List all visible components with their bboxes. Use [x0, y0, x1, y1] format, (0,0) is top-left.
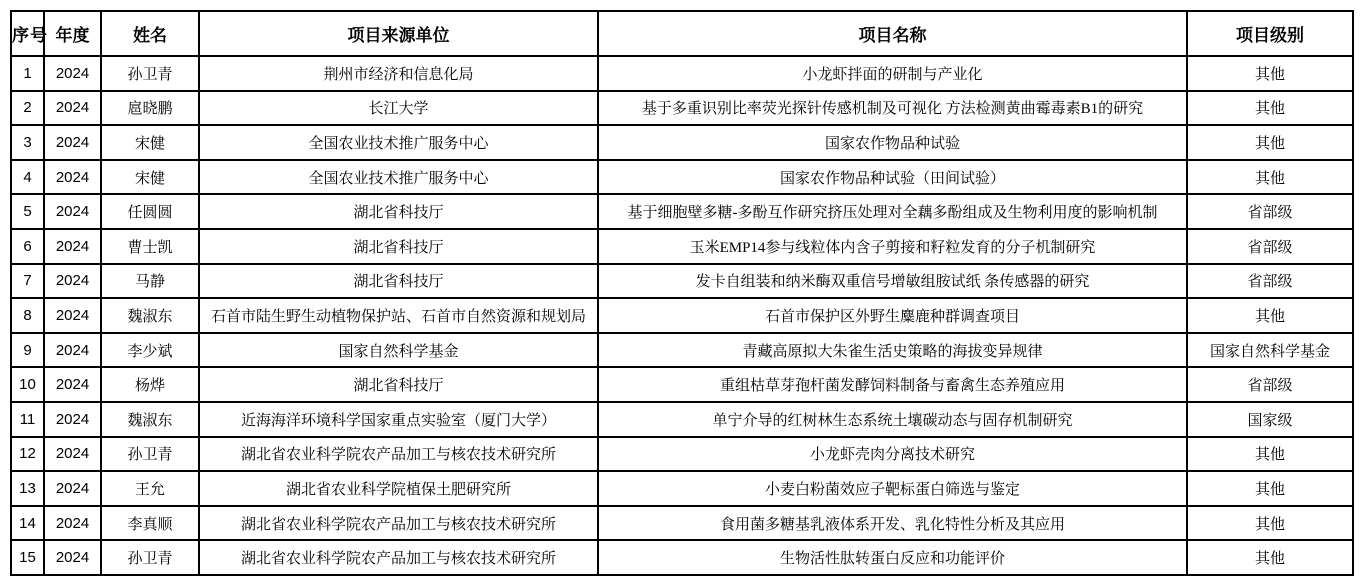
table-row: 52024任圆圆湖北省科技厅基于细胞壁多糖-多酚互作研究挤压处理对全藕多酚组成及…	[11, 194, 1353, 229]
year-cell: 2024	[44, 298, 101, 333]
name-cell: 孙卫青	[101, 540, 199, 575]
table-row: 92024李少斌国家自然科学基金青藏高原拟大朱雀生活史策略的海拔变异规律国家自然…	[11, 333, 1353, 368]
table-row: 112024魏淑东近海海洋环境科学国家重点实验室（厦门大学）单宁介导的红树林生态…	[11, 402, 1353, 437]
year-cell: 2024	[44, 437, 101, 472]
source-unit-cell: 湖北省农业科学院植保土肥研究所	[199, 471, 598, 506]
name-cell: 孙卫青	[101, 437, 199, 472]
source-unit-cell: 国家自然科学基金	[199, 333, 598, 368]
year-cell: 2024	[44, 229, 101, 264]
name-cell: 扈晓鹏	[101, 91, 199, 126]
table-row: 72024马静湖北省科技厅发卡自组装和纳米酶双重信号增敏组胺试纸 条传感器的研究…	[11, 264, 1353, 299]
name-cell: 孙卫青	[101, 56, 199, 91]
table-row: 12024孙卫青荆州市经济和信息化局小龙虾拌面的研制与产业化其他	[11, 56, 1353, 91]
project-name-cell: 重组枯草芽孢杆菌发酵饲料制备与畜禽生态养殖应用	[598, 367, 1187, 402]
source-unit-cell: 湖北省农业科学院农产品加工与核农技术研究所	[199, 437, 598, 472]
column-header-source-unit: 项目来源单位	[199, 11, 598, 56]
source-unit-cell: 湖北省科技厅	[199, 264, 598, 299]
project-name-cell: 国家农作物品种试验（田间试验）	[598, 160, 1187, 195]
project-level-cell: 国家自然科学基金	[1187, 333, 1353, 368]
table-row: 152024孙卫青湖北省农业科学院农产品加工与核农技术研究所生物活性肽转蛋白反应…	[11, 540, 1353, 575]
source-unit-cell: 近海海洋环境科学国家重点实验室（厦门大学）	[199, 402, 598, 437]
name-cell: 宋健	[101, 125, 199, 160]
source-unit-cell: 全国农业技术推广服务中心	[199, 125, 598, 160]
project-level-cell: 省部级	[1187, 264, 1353, 299]
source-unit-cell: 石首市陆生野生动植物保护站、石首市自然资源和规划局	[199, 298, 598, 333]
project-level-cell: 其他	[1187, 437, 1353, 472]
year-cell: 2024	[44, 91, 101, 126]
project-level-cell: 其他	[1187, 56, 1353, 91]
source-unit-cell: 湖北省科技厅	[199, 194, 598, 229]
index-cell: 5	[11, 194, 44, 229]
project-name-cell: 食用菌多糖基乳液体系开发、乳化特性分析及其应用	[598, 506, 1187, 541]
name-cell: 任圆圆	[101, 194, 199, 229]
table-row: 32024宋健全国农业技术推广服务中心国家农作物品种试验其他	[11, 125, 1353, 160]
table-body: 12024孙卫青荆州市经济和信息化局小龙虾拌面的研制与产业化其他22024扈晓鹏…	[11, 56, 1353, 575]
table-row: 42024宋健全国农业技术推广服务中心国家农作物品种试验（田间试验）其他	[11, 160, 1353, 195]
index-cell: 12	[11, 437, 44, 472]
project-name-cell: 玉米EMP14参与线粒体内含子剪接和籽粒发育的分子机制研究	[598, 229, 1187, 264]
name-cell: 宋健	[101, 160, 199, 195]
year-cell: 2024	[44, 540, 101, 575]
project-level-cell: 国家级	[1187, 402, 1353, 437]
name-cell: 魏淑东	[101, 298, 199, 333]
project-level-cell: 其他	[1187, 506, 1353, 541]
project-level-cell: 其他	[1187, 471, 1353, 506]
project-name-cell: 小龙虾壳肉分离技术研究	[598, 437, 1187, 472]
year-cell: 2024	[44, 367, 101, 402]
column-header-name: 姓名	[101, 11, 199, 56]
project-level-cell: 省部级	[1187, 194, 1353, 229]
name-cell: 马静	[101, 264, 199, 299]
name-cell: 李真顺	[101, 506, 199, 541]
project-name-cell: 基于多重识别比率荧光探针传感机制及可视化 方法检测黄曲霉毒素B1的研究	[598, 91, 1187, 126]
table-header-row: 序号 年度 姓名 项目来源单位 项目名称 项目级别	[11, 11, 1353, 56]
column-header-year: 年度	[44, 11, 101, 56]
year-cell: 2024	[44, 194, 101, 229]
index-cell: 6	[11, 229, 44, 264]
year-cell: 2024	[44, 264, 101, 299]
source-unit-cell: 长江大学	[199, 91, 598, 126]
table-row: 82024魏淑东石首市陆生野生动植物保护站、石首市自然资源和规划局石首市保护区外…	[11, 298, 1353, 333]
project-name-cell: 基于细胞壁多糖-多酚互作研究挤压处理对全藕多酚组成及生物利用度的影响机制	[598, 194, 1187, 229]
year-cell: 2024	[44, 402, 101, 437]
name-cell: 杨烨	[101, 367, 199, 402]
index-cell: 2	[11, 91, 44, 126]
source-unit-cell: 全国农业技术推广服务中心	[199, 160, 598, 195]
table-row: 102024杨烨湖北省科技厅重组枯草芽孢杆菌发酵饲料制备与畜禽生态养殖应用省部级	[11, 367, 1353, 402]
index-cell: 14	[11, 506, 44, 541]
index-cell: 13	[11, 471, 44, 506]
project-name-cell: 石首市保护区外野生麋鹿种群调查项目	[598, 298, 1187, 333]
name-cell: 王允	[101, 471, 199, 506]
source-unit-cell: 荆州市经济和信息化局	[199, 56, 598, 91]
project-name-cell: 国家农作物品种试验	[598, 125, 1187, 160]
table-row: 132024王允湖北省农业科学院植保土肥研究所小麦白粉菌效应子靶标蛋白筛选与鉴定…	[11, 471, 1353, 506]
index-cell: 4	[11, 160, 44, 195]
name-cell: 魏淑东	[101, 402, 199, 437]
column-header-index: 序号	[11, 11, 44, 56]
project-level-cell: 其他	[1187, 298, 1353, 333]
column-header-project-level: 项目级别	[1187, 11, 1353, 56]
table-row: 62024曹士凯湖北省科技厅玉米EMP14参与线粒体内含子剪接和籽粒发育的分子机…	[11, 229, 1353, 264]
year-cell: 2024	[44, 506, 101, 541]
index-cell: 15	[11, 540, 44, 575]
year-cell: 2024	[44, 471, 101, 506]
project-name-cell: 发卡自组装和纳米酶双重信号增敏组胺试纸 条传感器的研究	[598, 264, 1187, 299]
year-cell: 2024	[44, 333, 101, 368]
index-cell: 10	[11, 367, 44, 402]
table-row: 122024孙卫青湖北省农业科学院农产品加工与核农技术研究所小龙虾壳肉分离技术研…	[11, 437, 1353, 472]
name-cell: 李少斌	[101, 333, 199, 368]
name-cell: 曹士凯	[101, 229, 199, 264]
project-name-cell: 生物活性肽转蛋白反应和功能评价	[598, 540, 1187, 575]
year-cell: 2024	[44, 125, 101, 160]
source-unit-cell: 湖北省农业科学院农产品加工与核农技术研究所	[199, 506, 598, 541]
column-header-project-name: 项目名称	[598, 11, 1187, 56]
projects-table: 序号 年度 姓名 项目来源单位 项目名称 项目级别 12024孙卫青荆州市经济和…	[10, 10, 1354, 576]
project-level-cell: 省部级	[1187, 229, 1353, 264]
index-cell: 3	[11, 125, 44, 160]
index-cell: 8	[11, 298, 44, 333]
table-row: 22024扈晓鹏长江大学基于多重识别比率荧光探针传感机制及可视化 方法检测黄曲霉…	[11, 91, 1353, 126]
project-name-cell: 小龙虾拌面的研制与产业化	[598, 56, 1187, 91]
project-level-cell: 其他	[1187, 540, 1353, 575]
table-row: 142024李真顺湖北省农业科学院农产品加工与核农技术研究所食用菌多糖基乳液体系…	[11, 506, 1353, 541]
project-name-cell: 单宁介导的红树林生态系统土壤碳动态与固存机制研究	[598, 402, 1187, 437]
index-cell: 9	[11, 333, 44, 368]
index-cell: 7	[11, 264, 44, 299]
year-cell: 2024	[44, 56, 101, 91]
project-name-cell: 小麦白粉菌效应子靶标蛋白筛选与鉴定	[598, 471, 1187, 506]
project-level-cell: 省部级	[1187, 367, 1353, 402]
source-unit-cell: 湖北省科技厅	[199, 229, 598, 264]
index-cell: 11	[11, 402, 44, 437]
project-level-cell: 其他	[1187, 160, 1353, 195]
index-cell: 1	[11, 56, 44, 91]
year-cell: 2024	[44, 160, 101, 195]
project-level-cell: 其他	[1187, 91, 1353, 126]
project-level-cell: 其他	[1187, 125, 1353, 160]
project-name-cell: 青藏高原拟大朱雀生活史策略的海拔变异规律	[598, 333, 1187, 368]
source-unit-cell: 湖北省科技厅	[199, 367, 598, 402]
source-unit-cell: 湖北省农业科学院农产品加工与核农技术研究所	[199, 540, 598, 575]
